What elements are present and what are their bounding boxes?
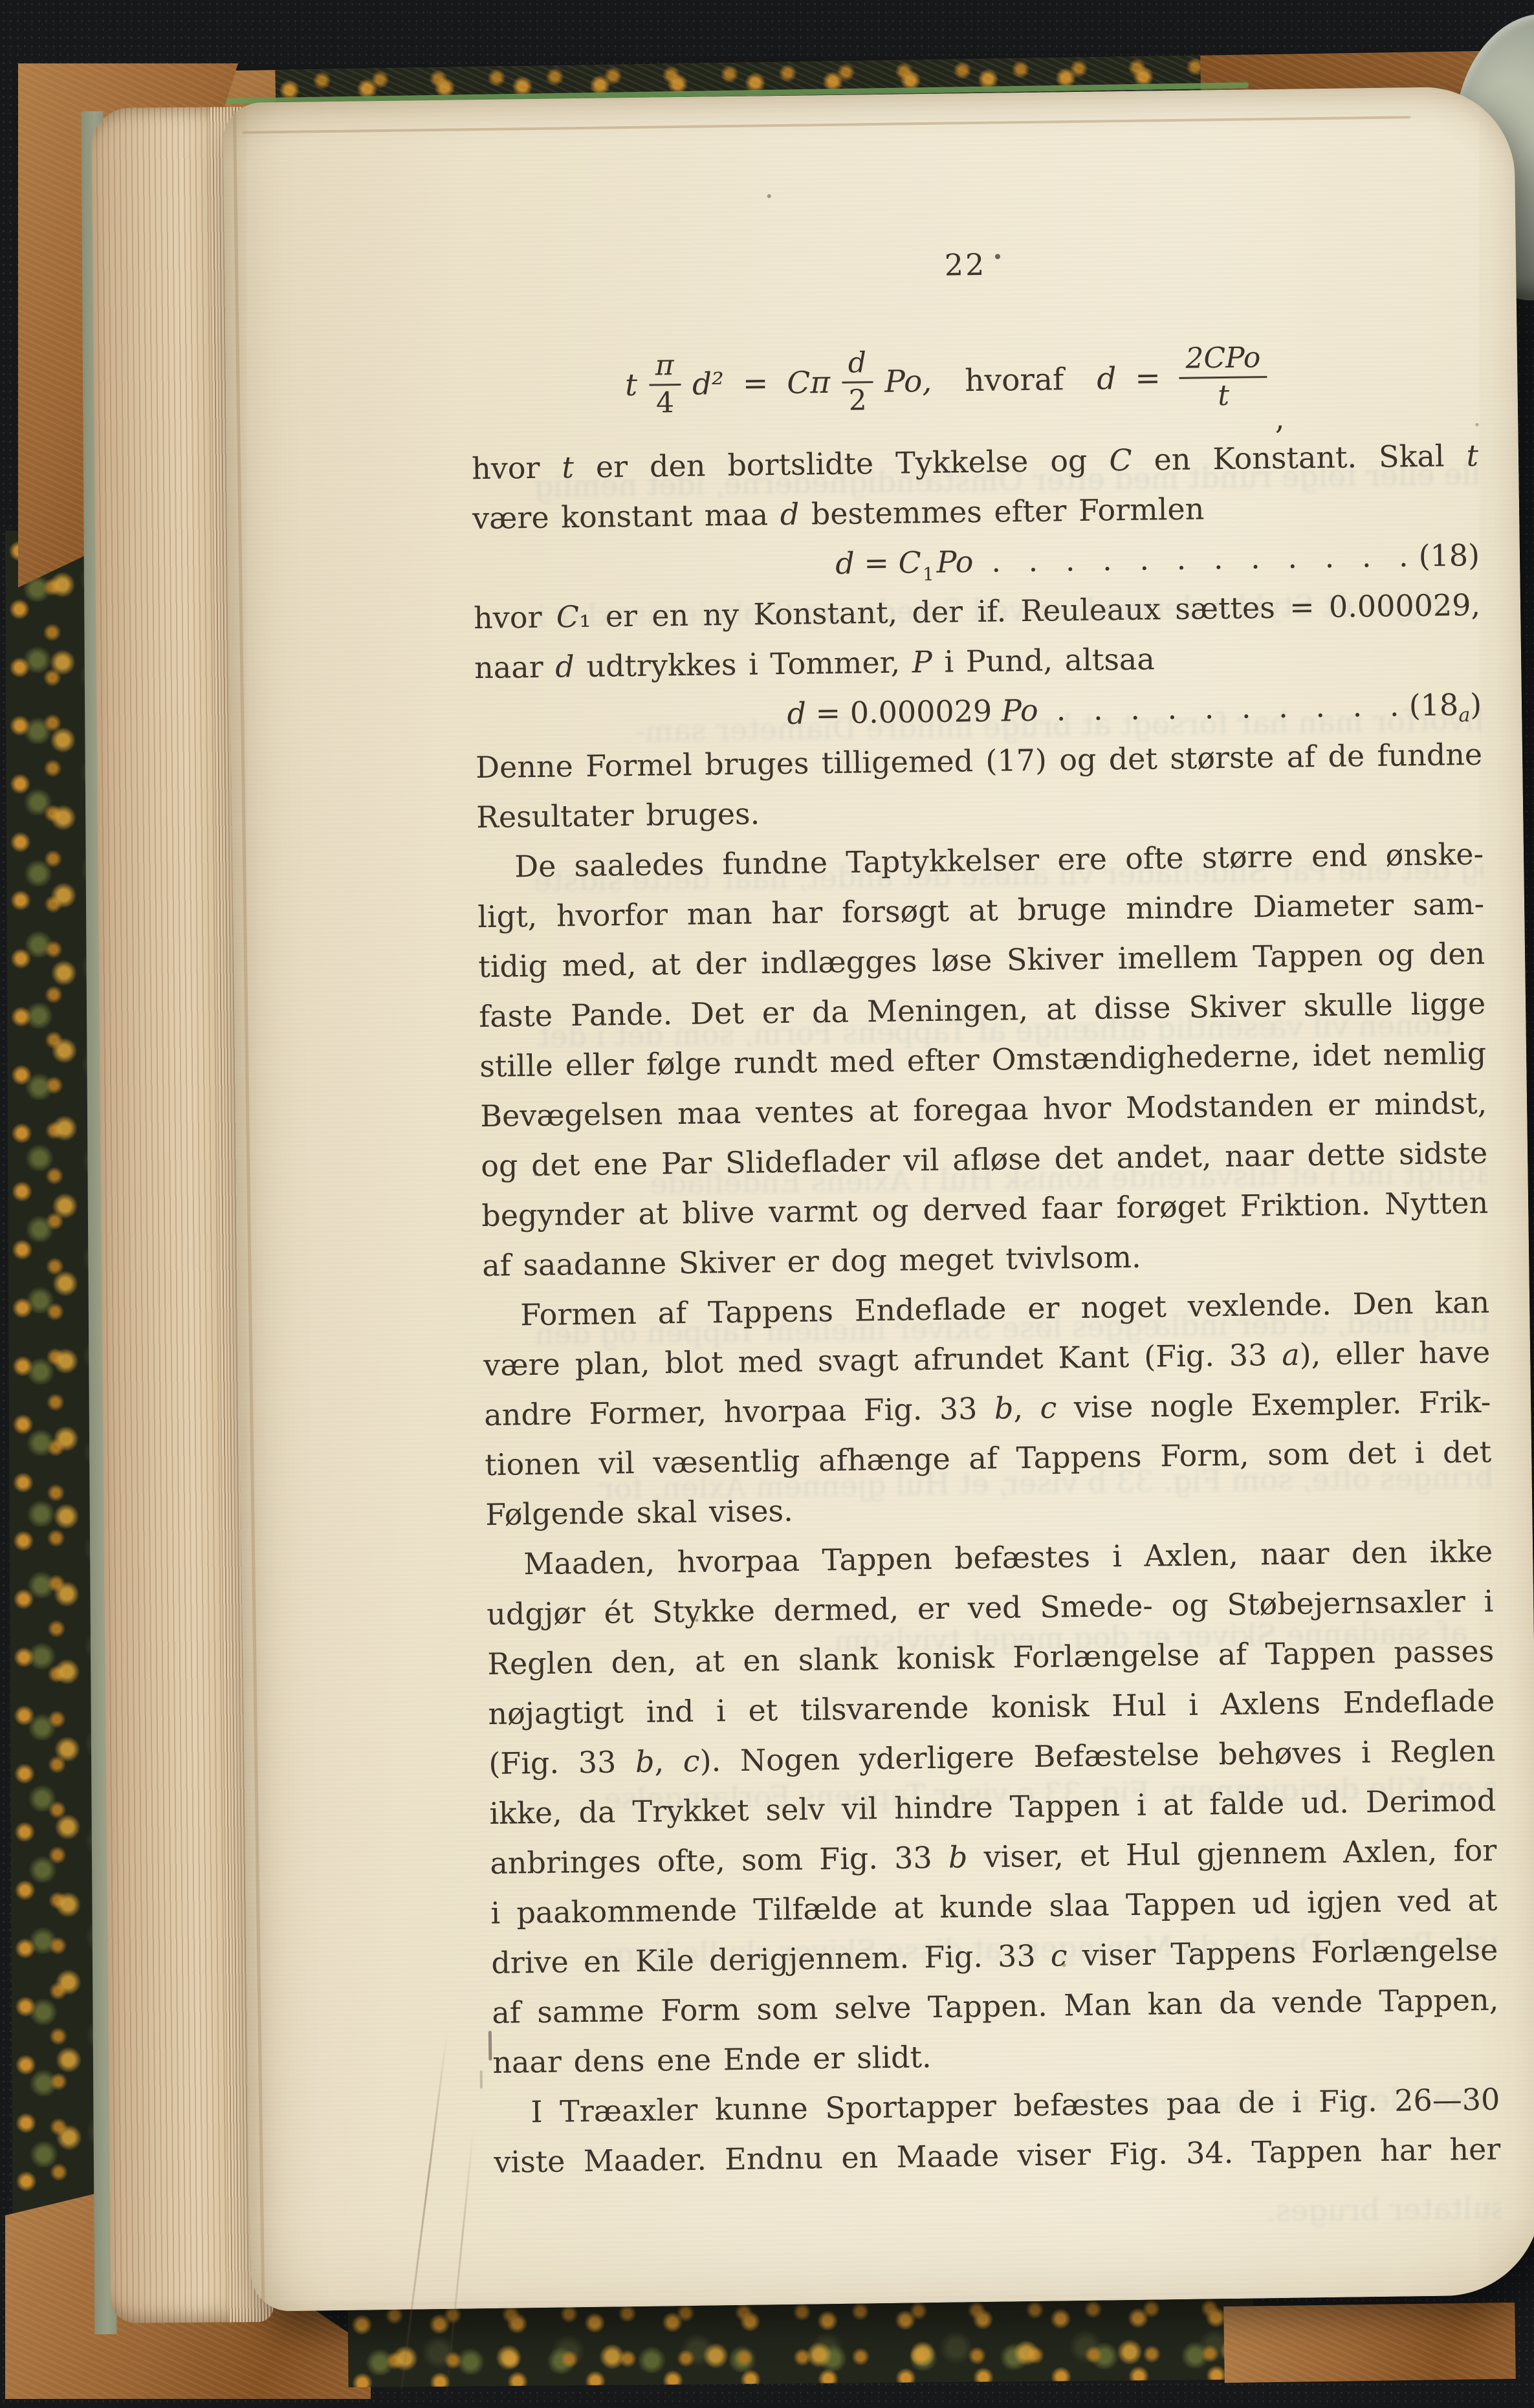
spacer: [473, 574, 835, 578]
spacer: [475, 724, 787, 728]
ink-tick-mark: [480, 2070, 483, 2088]
book-page: 22 t π4 d² = Cπ d2 Po, hvoraf d = 2CPot …: [223, 86, 1534, 2312]
var-d-squared: d²: [692, 366, 725, 402]
formula-wear-equation: t π4 d² = Cπ d2 Po, hvoraf d = 2CPot ,: [470, 314, 1478, 447]
ink-speck: [995, 254, 1000, 259]
comma: ,: [1275, 401, 1285, 437]
body-text: hvor t er den bortslidte Tykkelse og C e…: [472, 431, 1501, 2187]
var-po: Po,: [884, 364, 932, 400]
dot-leader: . . . . . . . . . . . .: [1038, 681, 1409, 735]
fraction-2cpo-over-t: 2CPot: [1179, 342, 1267, 413]
leather-edge-bottom-right: [1223, 2303, 1516, 2383]
var-d: d: [1097, 361, 1117, 397]
page-number: 22: [469, 241, 1476, 289]
formula-18a-content: d = 0.000029 Po: [787, 686, 1038, 739]
book-scan-photo: { "page": { "number": "22" }, "formulas"…: [0, 0, 1534, 2408]
equation-number-18: (18): [1418, 531, 1480, 581]
dot-leader: . . . . . . . . . . . . . .: [973, 531, 1419, 587]
page-number-value: 22: [944, 247, 986, 283]
var-c-pi: Cπ: [787, 365, 831, 401]
word-hvoraf: hvoraf: [965, 362, 1064, 399]
equals-sign: =: [743, 366, 769, 402]
bleed-through-text: Resultater bruges.: [540, 2190, 1502, 2238]
cover-marbled-paper-left: [5, 531, 97, 2349]
var-t: t: [625, 367, 638, 403]
text-column: 22 t π4 d² = Cπ d2 Po, hvoraf d = 2CPot …: [467, 87, 1503, 2308]
fraction-pi-over-4: π4: [648, 349, 681, 420]
fraction-d-over-2: d2: [841, 347, 873, 417]
ink-tick-mark: [488, 2031, 492, 2061]
equals-sign: =: [1135, 360, 1161, 397]
